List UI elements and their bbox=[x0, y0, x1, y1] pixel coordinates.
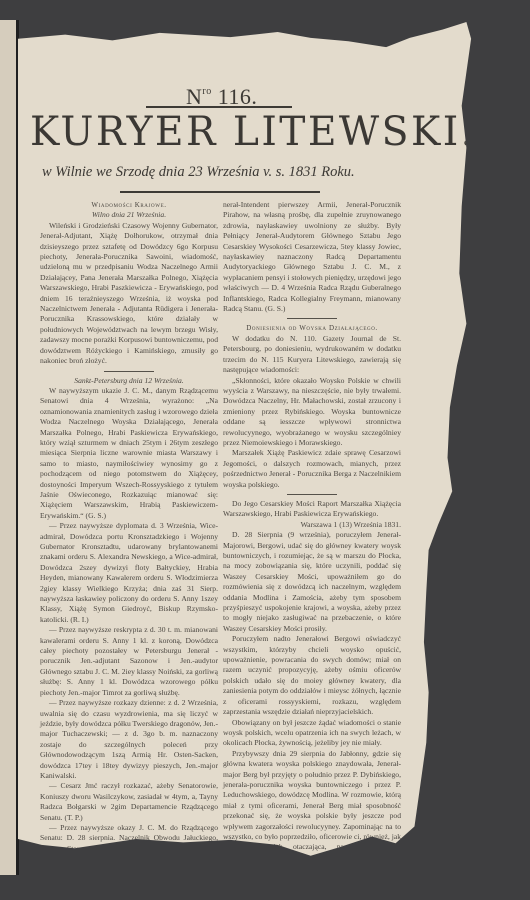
article-paragraph: D. 28 Sierpnia (9 września), poruczyłem … bbox=[223, 530, 401, 634]
article-paragraph: — Cesarz Jmć raczył rozkazać, ażeby Sena… bbox=[40, 781, 218, 823]
article-paragraph: — Przez naywyższe dyplomata d. 3 Wrześni… bbox=[40, 521, 218, 625]
place-date: Wilno dnia 21 Września. bbox=[40, 210, 218, 220]
article-paragraph: „Skłonności, które okazało Woysko Polski… bbox=[223, 376, 401, 449]
left-column: Wiadomości Krajowe. Wilno dnia 21 Wrześn… bbox=[40, 200, 218, 896]
masthead-rule-top bbox=[146, 106, 292, 108]
section-heading: Wiadomości Krajowe. bbox=[40, 200, 218, 210]
previous-page-edge bbox=[0, 20, 19, 875]
article-paragraph: Wileński i Grodzieński Czasowy Wojenny G… bbox=[40, 221, 218, 367]
separator-rule bbox=[287, 318, 337, 319]
newspaper-page: Nro 116. KURYER LITEWSKI. w Wilnie we Sr… bbox=[18, 22, 490, 860]
article-paragraph: Przybywszy dnia 29 sierpnia do Jabłonny,… bbox=[223, 749, 401, 874]
article-paragraph: W dodatku do N. 110. Gazety Journal de S… bbox=[223, 334, 401, 376]
separator-rule bbox=[287, 494, 337, 495]
article-paragraph: Poruczyłem nadto Jenerałowi Bergowi oświ… bbox=[223, 634, 401, 717]
newspaper-title: KURYER LITEWSKI. bbox=[30, 109, 476, 155]
report-heading: Do Jego Cesarskiey Mości Raport Marszałk… bbox=[223, 499, 401, 520]
place-date: Warszawa 1 (13) Września 1831. bbox=[223, 520, 401, 530]
article-paragraph: — Przez naywyższe okazy J. C. M. do Rząd… bbox=[40, 823, 218, 896]
section-heading: Doniesienia od Woyska Działającego. bbox=[223, 323, 401, 333]
separator-rule bbox=[104, 371, 154, 372]
article-paragraph: nerał-Intendent pierwszey Armii, Jenerał… bbox=[223, 200, 401, 314]
place-date: Sankt-Petersburg dnia 12 Września. bbox=[40, 376, 218, 386]
article-paragraph: — Przez naywyższe rozkazy dzienne: z d. … bbox=[40, 698, 218, 781]
article-paragraph: Marszałek Xiążę Paskiewicz zdaie sprawę … bbox=[223, 448, 401, 490]
dateline: w Wilnie we Srzodę dnia 23 Września v. s… bbox=[42, 164, 355, 181]
article-paragraph: Obowiązany on był jeszcze żądać wiadomoś… bbox=[223, 718, 401, 749]
right-column: nerał-Intendent pierwszey Armii, Jenerał… bbox=[223, 200, 401, 874]
masthead-rule-bottom bbox=[120, 191, 320, 193]
article-paragraph: — Przez naywyższe reskrypta z d. 30 t. m… bbox=[40, 625, 218, 698]
article-paragraph: W naywyższym ukazie J. C. M., danym Rząd… bbox=[40, 386, 218, 521]
